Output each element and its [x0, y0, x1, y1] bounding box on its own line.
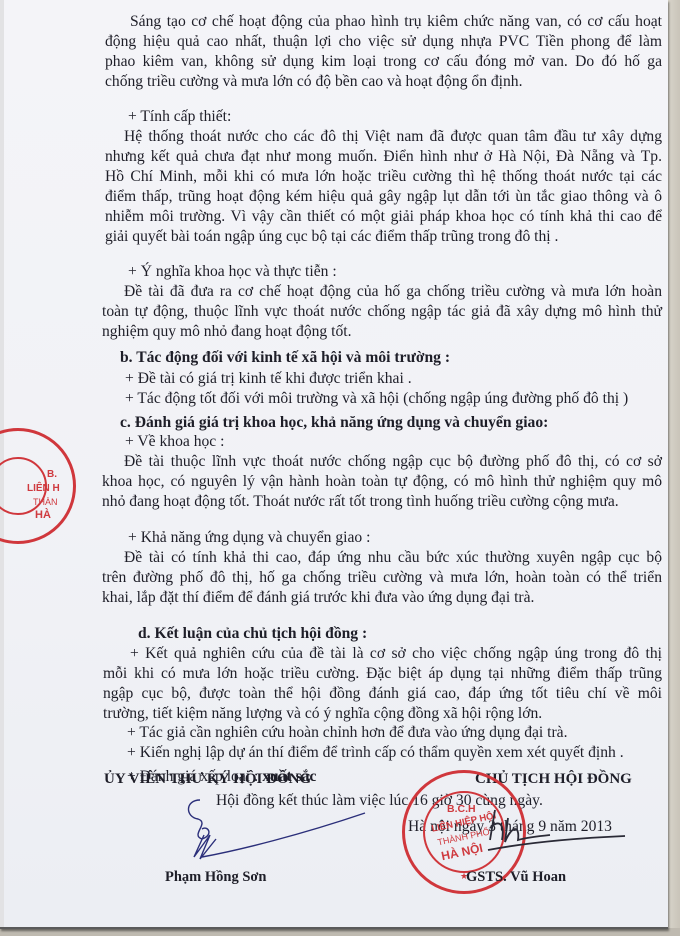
scan-background-right [668, 0, 680, 936]
side-stamp-text: LIÊN H [27, 483, 60, 494]
side-stamp: B. LIÊN H THÀN HÀ [0, 428, 76, 544]
conclusion-line: trường, tiết kiệm năng lượng và có ý ngh… [103, 704, 542, 724]
intro-line: Sáng tạo cơ chế hoạt động của phao hình … [130, 12, 662, 32]
secretary-title: ỦY VIÊN THƯ KÝ HỘI ĐỒNG [104, 769, 311, 789]
section-b-item: + Tác động tốt đối với môi trường và xã … [125, 389, 628, 409]
chairman-signature [450, 800, 630, 870]
science-heading: + Về khoa học : [125, 432, 224, 452]
applicability-heading: + Khả năng ứng dụng và chuyển giao : [128, 528, 370, 548]
urgency-line: nhiễm môi trường. Vì vậy cần thiết có mộ… [105, 207, 662, 227]
applicability-line: khai, lắp đặt thí điểm để đánh giá trước… [102, 588, 534, 608]
significance-line: nghiệm quy mô nhỏ đang hoạt động tốt. [102, 322, 351, 342]
applicability-line: Đề tài có tính khả thi cao, đáp ứng nhu … [124, 548, 662, 568]
author-item: + Tác giả cần nghiên cứu hoàn chỉnh hơn … [127, 723, 568, 743]
recommend-item: + Kiến nghị lập dự án thí điểm để trình … [127, 743, 624, 763]
secretary-name: Phạm Hồng Sơn [165, 867, 267, 887]
section-c-heading: c. Đánh giá giá trị khoa học, khả năng ứ… [120, 413, 548, 433]
side-stamp-text: THÀN [33, 497, 58, 507]
side-stamp-text: HÀ [35, 509, 51, 521]
significance-line: toàn tự động, thuộc lĩnh vực thoát nước … [102, 302, 662, 322]
conclusion-line: mỗi khi có mưa lớn hoặc triều cường. Đặc… [103, 664, 662, 684]
document-page: Sáng tạo cơ chế hoạt động của phao hình … [0, 0, 668, 929]
science-line: Đề tài thuộc lĩnh vực thoát nước chống n… [124, 452, 662, 472]
intro-line: động hiệu quả cao nhất, thuận lợi cho vi… [105, 32, 662, 52]
urgency-line: nhưng kết quả chưa đạt như mong muốn. Đi… [105, 147, 662, 167]
applicability-line: trên đường phố đô thị, hố ga chống triều… [102, 568, 662, 588]
conclusion-line: ngập cục bộ, được toàn thể hội đồng đánh… [103, 684, 662, 704]
urgency-line: điểm thấp, trũng hoạt động kém hiệu quả … [105, 187, 662, 207]
scan-background-bottom [0, 928, 680, 936]
science-line: khoa học, có nguyên lý vận hành hoàn toà… [102, 472, 662, 492]
science-line: nhỏ đang hoạt động tốt. Thoát nước rất t… [102, 492, 619, 512]
significance-line: Đề tài đã đưa ra cơ chế hoạt động của hố… [124, 282, 662, 302]
section-b-heading: b. Tác động đối với kinh tế xã hội và mô… [120, 348, 450, 368]
section-b-item: + Đề tài có giá trị kinh tế khi được tri… [125, 369, 412, 389]
significance-heading: + Ý nghĩa khoa học và thực tiễn : [128, 262, 337, 282]
urgency-heading: + Tính cấp thiết: [128, 107, 231, 127]
urgency-line: giải quyết bài toán ngập úng cục bộ tại … [105, 227, 558, 247]
intro-line: chống triều cường và mưa lớn có độ bền c… [105, 72, 523, 92]
conclusion-line: + Kết quả nghiên cứu của đề tài là cơ sở… [130, 644, 662, 664]
intro-line: phao kiêm van, không sử dụng kim loại tr… [105, 52, 662, 72]
chairman-name: GSTS. Vũ Hoan [466, 867, 566, 887]
urgency-line: Hồ Chí Minh, mỗi khi có mưa lớn hoặc tri… [105, 167, 662, 187]
urgency-line: Hệ thống thoát nước cho các đô thị Việt … [124, 127, 662, 147]
section-d-heading: d. Kết luận của chủ tịch hội đồng : [138, 624, 367, 644]
secretary-signature [180, 795, 380, 865]
side-stamp-text: B. [47, 469, 57, 480]
